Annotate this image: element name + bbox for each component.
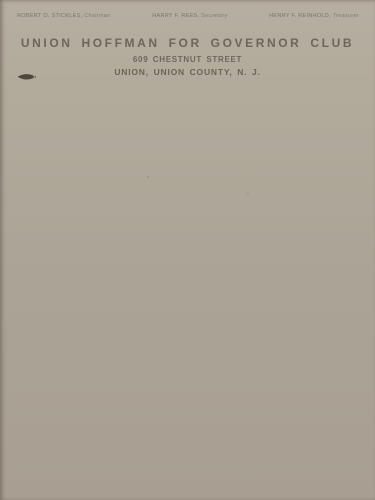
officers-row: ROBERT O. STICKLES, Chairman HARRY F. RE…: [0, 13, 375, 19]
organization-title: UNION HOFFMAN FOR GOVERNOR CLUB: [0, 36, 375, 50]
officer-secretary: HARRY F. REES, Secretary: [152, 13, 227, 19]
paper-speck: [247, 193, 249, 195]
officer-chairman-role: Chairman: [84, 13, 110, 19]
officer-treasurer: HENRY F. REINHOLD, Treasurer: [269, 13, 359, 19]
officer-chairman: ROBERT O. STICKLES, Chairman: [17, 13, 110, 19]
officer-secretary-role: Secretary: [201, 13, 227, 19]
letterhead-page: ROBERT O. STICKLES, Chairman HARRY F. RE…: [0, 0, 375, 500]
officer-treasurer-name: HENRY F. REINHOLD,: [269, 13, 331, 19]
address-city: UNION, UNION COUNTY, N. J.: [0, 67, 375, 77]
union-printers-bug-icon: [17, 68, 37, 76]
officer-chairman-name: ROBERT O. STICKLES,: [17, 13, 82, 19]
officer-treasurer-role: Treasurer: [333, 13, 359, 19]
paper-speck: [147, 176, 149, 178]
address-street: 609 CHESTNUT STREET: [0, 55, 375, 64]
officer-secretary-name: HARRY F. REES,: [152, 13, 199, 19]
